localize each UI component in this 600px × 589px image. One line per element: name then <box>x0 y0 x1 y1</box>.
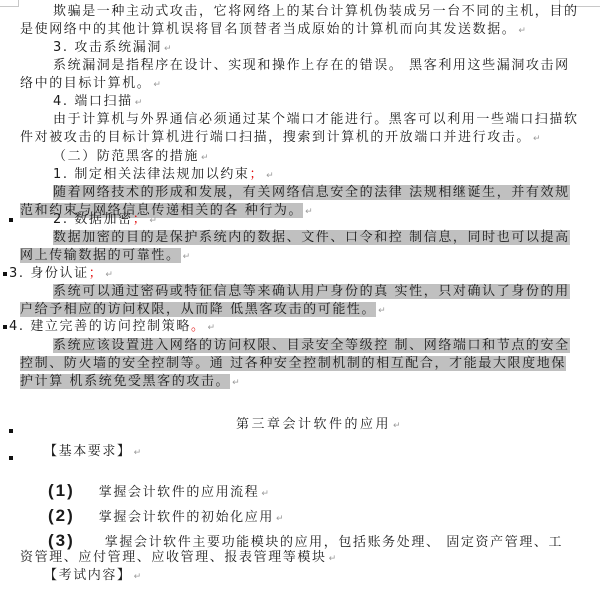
paragraph-line: 欺骗是一种主动式攻击，它将网络上的某台计算机伪装成另一台不同的主机，目的 <box>53 3 579 21</box>
paragraph-line-highlighted: 系统应该设置进入网络的访问权限、目录安全等级控 制、网络端口和节点的安全 <box>53 337 570 355</box>
measure-3-heading: 3. 身份认证；↵ <box>9 265 113 283</box>
page-corner-mark-left <box>0 0 19 7</box>
paragraph-line-highlighted: 网上传输数据的可靠性。↵ <box>20 247 190 265</box>
paragraph-line-highlighted: 系统可以通过密码或特征信息等来确认用户身份的真 实性，只对确认了身份的用 <box>53 283 570 301</box>
heading-port-scanning: 4. 端口扫描↵ <box>53 93 142 111</box>
paragraph-line: 系统漏洞是指程序在设计、实现和操作上存在的错误。 黑客利用这些漏洞攻击网 <box>53 57 570 75</box>
requirement-1: (1)掌握会计软件的应用流程↵ <box>48 480 269 502</box>
measure-4-heading: 4. 建立完善的访问控制策略。↵ <box>9 318 215 336</box>
requirement-2: (2)掌握会计软件的初始化应用↵ <box>48 505 284 527</box>
basic-requirements-heading: 【基本要求】↵ <box>44 443 141 461</box>
paragraph-line-highlighted: 户给予相应的访问权限，从而降 低黑客攻击的可能性。↵ <box>20 301 386 319</box>
exam-content-heading: 【考试内容】↵ <box>44 567 141 585</box>
list-bullet <box>9 456 13 460</box>
list-bullet <box>3 325 7 329</box>
section-heading-hacker-prevention: （二）防范黑客的措施↵ <box>53 148 209 166</box>
paragraph-line-highlighted: 数据加密的目的是保护系统内的数据、文件、口令和控 制信息，同时也可以提高 <box>53 229 570 247</box>
chapter-title: 第三章会计软件的应用↵ <box>236 416 401 434</box>
paragraph-line: 络中的目标计算机。↵ <box>20 75 161 93</box>
list-bullet <box>3 272 7 276</box>
heading-attack-vulnerabilities: 3. 攻击系统漏洞↵ <box>53 39 171 57</box>
measure-1-heading: 1. 制定相关法律法规加以约束；↵ <box>53 166 274 184</box>
paragraph-line-highlighted: 控制、防火墙的安全控制等。通 过各种安全控制机制的相互配合，才能最大限度地保 <box>20 355 566 373</box>
list-bullet <box>9 429 13 433</box>
paragraph-line: 件对被攻击的目标计算机进行端口扫描，搜索到计算机的开放端口并进行攻击。↵ <box>20 129 541 147</box>
measure-2-heading: 2. 数据加密；↵ <box>53 211 157 229</box>
paragraph-line: 由于计算机与外界通信必须通过某个端口才能进行。黑客可以利用一些端口扫描软 <box>53 111 579 129</box>
requirement-3-continued: 资管理、应付管理、应收管理、报表管理等模块↵ <box>20 549 336 567</box>
paragraph-line-highlighted: 护计算 机系统免受黑客的攻击。↵ <box>20 373 240 391</box>
paragraph-line-highlighted: 随着网络技术的形成和发展，有关网络信息安全的法律 法规相继诞生，并有效规 <box>53 184 570 202</box>
paragraph-line: 是使网络中的其他计算机误将冒名顶替者当成原始的计算机而向其发送数据。↵ <box>20 21 526 39</box>
list-bullet <box>9 218 13 222</box>
